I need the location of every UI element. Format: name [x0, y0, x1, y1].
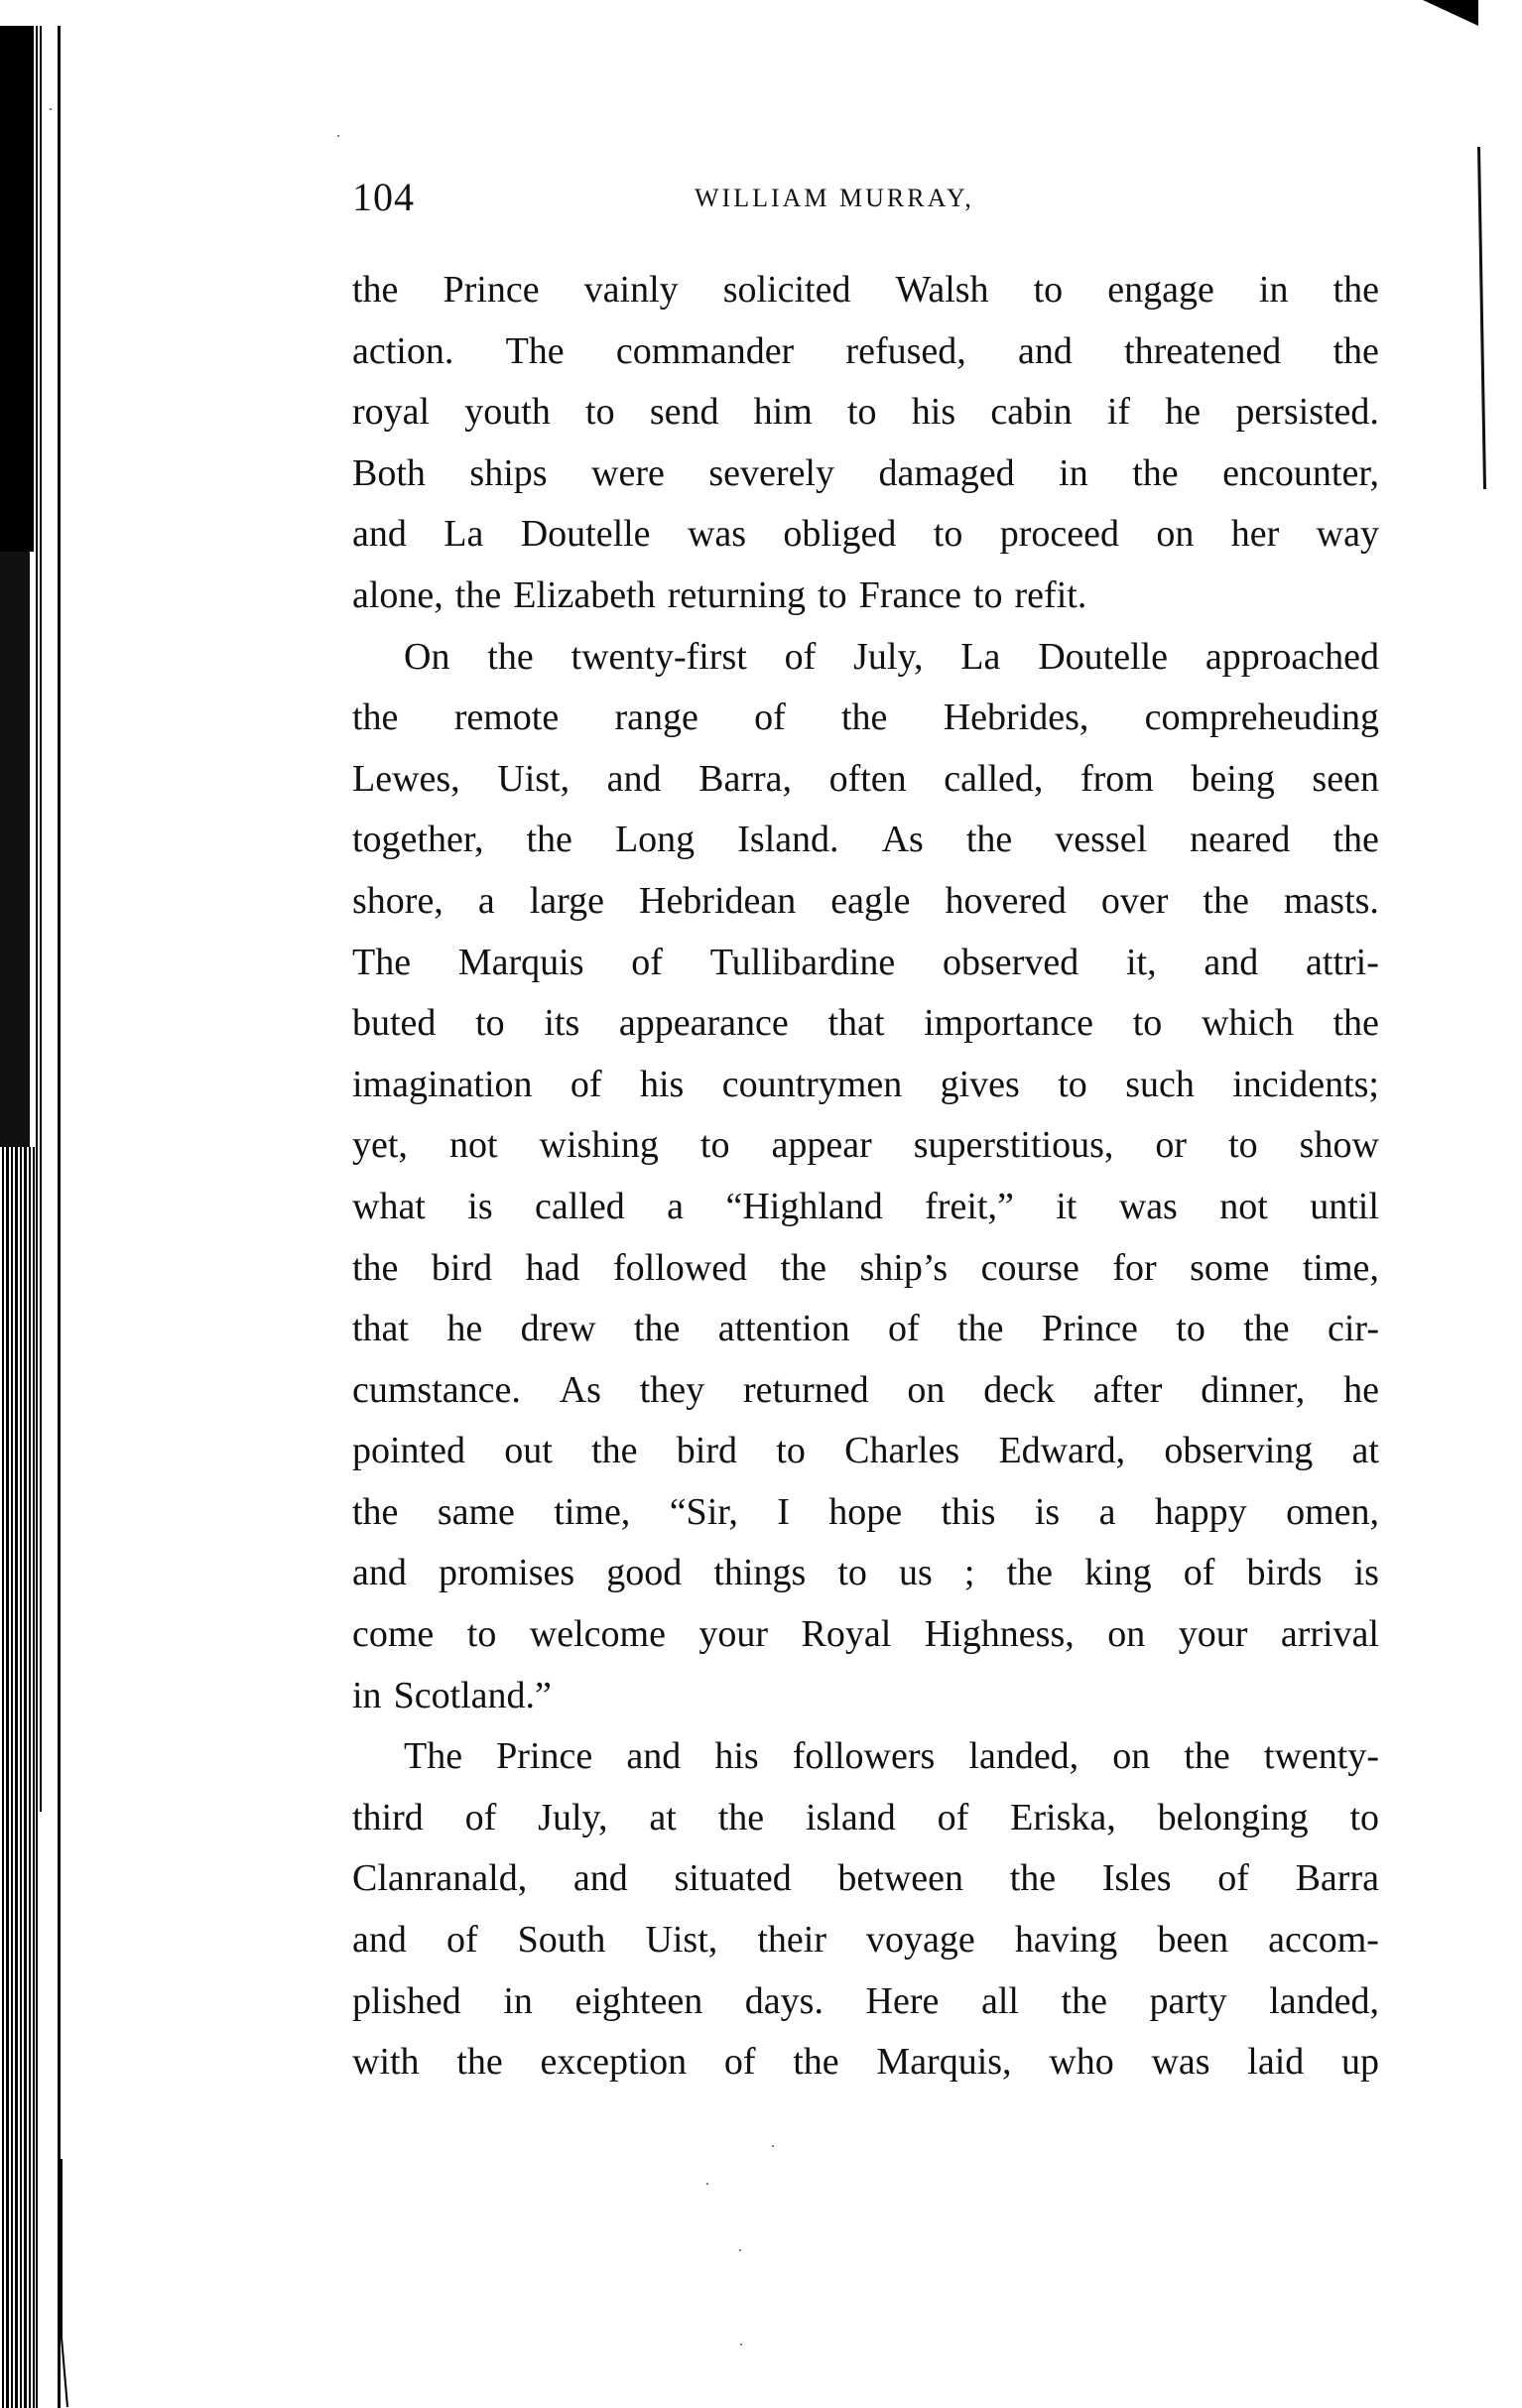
- word: eagle: [830, 871, 910, 933]
- word: to: [475, 993, 505, 1055]
- word: the: [1332, 321, 1378, 383]
- word: The: [506, 321, 565, 383]
- word: often: [829, 749, 907, 811]
- scan-speck: [772, 2145, 774, 2147]
- word: and: [352, 1543, 407, 1604]
- word: On: [404, 627, 449, 689]
- word: Elizabeth: [513, 566, 655, 627]
- word: commander: [616, 321, 794, 383]
- word: and: [607, 749, 662, 811]
- word: drew: [521, 1299, 596, 1360]
- word: accom-: [1268, 1910, 1379, 1971]
- scan-speck: [740, 2344, 742, 2345]
- word: proceed: [1000, 504, 1119, 566]
- word: is: [1035, 1482, 1060, 1544]
- word: a: [667, 1177, 684, 1238]
- word: Prince: [1042, 1299, 1138, 1360]
- word: in: [503, 1971, 533, 2033]
- text-line: andofSouthUist,theirvoyagehavingbeenacco…: [352, 1910, 1379, 1971]
- word: such: [1125, 1055, 1195, 1116]
- word: superstitious,: [914, 1115, 1114, 1177]
- word: As: [882, 810, 924, 871]
- word: in: [1259, 260, 1289, 321]
- word: bird: [432, 1238, 492, 1300]
- word: ;: [964, 1543, 975, 1604]
- word: arrival: [1281, 1604, 1379, 1666]
- word: vessel: [1055, 810, 1147, 871]
- word: is: [467, 1177, 492, 1238]
- word: and: [352, 1910, 407, 1971]
- scan-speck: [50, 108, 52, 110]
- word: to: [847, 382, 877, 444]
- word: to: [934, 504, 963, 566]
- word: cumstance.: [352, 1360, 521, 1422]
- word: having: [1015, 1910, 1117, 1971]
- word: the: [527, 810, 572, 871]
- word: South: [518, 1910, 606, 1971]
- word: twenty-first: [571, 627, 747, 689]
- word: action.: [352, 321, 453, 383]
- text-line: imaginationofhiscountrymengivestosuchinc…: [352, 1055, 1379, 1116]
- word: up: [1341, 2032, 1379, 2093]
- word: Lewes,: [352, 749, 460, 811]
- word: The: [352, 933, 411, 994]
- page-edge-line: [1477, 147, 1486, 489]
- word: refused,: [845, 321, 965, 383]
- word: was: [1119, 1177, 1178, 1238]
- word: all: [981, 1971, 1019, 2033]
- word: the: [1184, 1726, 1229, 1788]
- word: I: [777, 1482, 790, 1544]
- word: large: [530, 871, 604, 933]
- word: Both: [352, 444, 426, 505]
- word: to: [1034, 260, 1064, 321]
- word: Uist,: [645, 1910, 717, 1971]
- text-line: andpromisesgoodthingstous;thekingofbirds…: [352, 1543, 1379, 1604]
- word: Doutelle: [1038, 627, 1168, 689]
- word: Prince: [444, 260, 540, 321]
- word: ships: [469, 444, 547, 505]
- word: Island.: [737, 810, 838, 871]
- word: laid: [1247, 2032, 1304, 2093]
- word: it: [1056, 1177, 1077, 1238]
- text-line: inScotland.”: [352, 1666, 1379, 1727]
- word: course: [981, 1238, 1079, 1300]
- word: “Sir,: [670, 1482, 738, 1544]
- word: of: [888, 1299, 920, 1360]
- word: the: [352, 260, 398, 321]
- word: his: [640, 1055, 684, 1116]
- word: it,: [1126, 933, 1157, 994]
- text-line: plishedineighteendays.Hereallthepartylan…: [352, 1971, 1379, 2033]
- word: of: [631, 933, 663, 994]
- word: to: [467, 1604, 497, 1666]
- word: returned: [743, 1360, 869, 1422]
- word: of: [938, 1788, 969, 1849]
- word: the: [591, 1421, 637, 1482]
- word: the: [793, 2032, 838, 2093]
- word: and: [573, 1848, 628, 1910]
- word: that: [827, 993, 884, 1055]
- word: with: [352, 2032, 420, 2093]
- text-line: thebirdhadfollowedtheship’scourseforsome…: [352, 1238, 1379, 1300]
- word: to: [1058, 1055, 1087, 1116]
- word: he: [1343, 1360, 1379, 1422]
- word: and: [1018, 321, 1073, 383]
- word: appearance: [619, 993, 789, 1055]
- word: was: [688, 504, 746, 566]
- word: Isles: [1102, 1848, 1172, 1910]
- text-line: withtheexceptionoftheMarquis,whowaslaidu…: [352, 2032, 1379, 2093]
- word: good: [606, 1543, 682, 1604]
- word: hope: [828, 1482, 902, 1544]
- word: not: [449, 1115, 498, 1177]
- word: Royal: [802, 1604, 892, 1666]
- word: been: [1157, 1910, 1228, 1971]
- word: Marquis,: [876, 2032, 1011, 2093]
- word: freit,”: [925, 1177, 1014, 1238]
- text-line: theremoterangeoftheHebrides,compreheudin…: [352, 688, 1379, 749]
- word: the: [1007, 1543, 1053, 1604]
- text-line: pointedoutthebirdtoCharlesEdward,observi…: [352, 1421, 1379, 1482]
- word: in: [1059, 444, 1088, 505]
- word: they: [640, 1360, 704, 1422]
- word: attri-: [1306, 933, 1379, 994]
- word: and: [626, 1726, 681, 1788]
- word: severely: [708, 444, 834, 505]
- word: Marquis: [458, 933, 584, 994]
- word: compreheuding: [1145, 688, 1379, 749]
- word: As: [560, 1360, 601, 1422]
- word: Eriska,: [1010, 1788, 1116, 1849]
- running-header: 104 WILLIAM MURRAY,: [352, 174, 1394, 223]
- word: island: [806, 1788, 896, 1849]
- text-line: alone,theElizabethreturningtoFrancetoref…: [352, 566, 1379, 627]
- word: together,: [352, 810, 483, 871]
- word: Scotland.”: [394, 1666, 552, 1727]
- word: situated: [675, 1848, 792, 1910]
- word: the: [1203, 871, 1248, 933]
- word: he: [446, 1299, 482, 1360]
- text-line: action.Thecommanderrefused,andthreatened…: [352, 321, 1379, 383]
- text-line: thePrincevainlysolicitedWalshtoengageint…: [352, 260, 1379, 321]
- word: range: [614, 688, 698, 749]
- word: Barra: [1296, 1848, 1379, 1910]
- word: him: [754, 382, 813, 444]
- word: the: [1333, 260, 1379, 321]
- word: or: [1155, 1115, 1187, 1177]
- word: show: [1300, 1115, 1379, 1177]
- word: the: [352, 1238, 398, 1300]
- word: belonging: [1158, 1788, 1309, 1849]
- word: alone,: [352, 566, 444, 627]
- word: observed: [943, 933, 1078, 994]
- word: after: [1093, 1360, 1163, 1422]
- word: persisted.: [1235, 382, 1379, 444]
- word: youth: [464, 382, 551, 444]
- word: the: [455, 566, 501, 627]
- word: imagination: [352, 1055, 533, 1116]
- word: he: [1165, 382, 1201, 444]
- word: on: [907, 1360, 945, 1422]
- word: called,: [944, 749, 1043, 811]
- word: your: [1179, 1604, 1248, 1666]
- word: things: [713, 1543, 806, 1604]
- word: threatened: [1124, 321, 1281, 383]
- running-title: WILLIAM MURRAY,: [695, 184, 974, 213]
- word: his: [912, 382, 955, 444]
- word: to: [776, 1421, 806, 1482]
- word: way: [1317, 504, 1379, 566]
- word: of: [754, 688, 786, 749]
- word: engage: [1107, 260, 1214, 321]
- word: that: [352, 1299, 409, 1360]
- word: Here: [866, 1971, 940, 2033]
- word: of: [1184, 1543, 1215, 1604]
- word: importance: [924, 993, 1093, 1055]
- word: and: [1204, 933, 1258, 994]
- page-corner-tab: [1423, 0, 1478, 26]
- word: attention: [718, 1299, 850, 1360]
- word: on: [1156, 504, 1194, 566]
- word: were: [591, 444, 665, 505]
- word: ship’s: [859, 1238, 948, 1300]
- text-line: cumstance.Astheyreturnedondeckafterdinne…: [352, 1360, 1379, 1422]
- word: third: [352, 1788, 424, 1849]
- word: voyage: [866, 1910, 975, 1971]
- word: some: [1190, 1238, 1269, 1300]
- word: days.: [745, 1971, 824, 2033]
- text-line: Clanranald,andsituatedbetweentheIslesofB…: [352, 1848, 1379, 1910]
- word: a: [478, 871, 495, 933]
- word: gives: [941, 1055, 1020, 1116]
- word: to: [1349, 1788, 1379, 1849]
- word: bird: [677, 1421, 737, 1482]
- paragraph-first-line: ThePrinceandhisfollowerslanded,onthetwen…: [352, 1726, 1379, 1788]
- word: The: [404, 1726, 462, 1788]
- text-line: together,theLongIsland.Asthevesselneared…: [352, 810, 1379, 871]
- word: his: [714, 1726, 758, 1788]
- word: seen: [1312, 749, 1379, 811]
- word: Clanranald,: [352, 1848, 527, 1910]
- word: to: [1176, 1299, 1205, 1360]
- word: her: [1231, 504, 1280, 566]
- word: to: [837, 1543, 867, 1604]
- word: over: [1101, 871, 1169, 933]
- word: the: [352, 1482, 398, 1544]
- word: omen,: [1286, 1482, 1379, 1544]
- word: welcome: [530, 1604, 666, 1666]
- word: its: [544, 993, 579, 1055]
- word: returning: [668, 566, 806, 627]
- text-line: andLaDoutellewasobligedtoproceedonherway: [352, 504, 1379, 566]
- word: cabin: [990, 382, 1072, 444]
- text-line: royalyouthtosendhimtohiscabinifhepersist…: [352, 382, 1379, 444]
- word: vainly: [584, 260, 679, 321]
- word: same: [438, 1482, 515, 1544]
- word: damaged: [879, 444, 1015, 505]
- word: to: [585, 382, 615, 444]
- text-line: cometowelcomeyourRoyalHighness,onyourarr…: [352, 1604, 1379, 1666]
- word: in: [352, 1666, 382, 1727]
- word: to: [1133, 993, 1163, 1055]
- word: Barra,: [698, 749, 792, 811]
- word: Hebridean: [639, 871, 796, 933]
- word: obliged: [783, 504, 896, 566]
- word: Prince: [496, 1726, 592, 1788]
- word: July,: [853, 627, 923, 689]
- word: refit.: [1015, 566, 1087, 627]
- word: incidents;: [1232, 1055, 1379, 1116]
- word: of: [446, 1910, 478, 1971]
- word: which: [1202, 993, 1294, 1055]
- word: solicited: [723, 260, 851, 321]
- word: who: [1049, 2032, 1113, 2093]
- word: called: [535, 1177, 625, 1238]
- text-line: thesametime,“Sir,Ihopethisisahappyomen,: [352, 1482, 1379, 1544]
- scan-speck: [337, 135, 339, 137]
- word: send: [650, 382, 719, 444]
- text-line: thirdofJuly,attheislandofEriska,belongin…: [352, 1788, 1379, 1849]
- text-line: thathedrewtheattentionofthePrincetotheci…: [352, 1299, 1379, 1360]
- word: of: [785, 627, 817, 689]
- word: landed,: [968, 1726, 1078, 1788]
- word: dinner,: [1201, 1360, 1305, 1422]
- word: Hebrides,: [944, 688, 1089, 749]
- word: from: [1080, 749, 1154, 811]
- word: Highness,: [925, 1604, 1075, 1666]
- word: at: [1352, 1421, 1379, 1482]
- word: and: [352, 504, 407, 566]
- word: followed: [613, 1238, 747, 1300]
- word: followers: [793, 1726, 936, 1788]
- word: of: [465, 1788, 497, 1849]
- word: Edward,: [998, 1421, 1125, 1482]
- text-line: yet,notwishingtoappearsuperstitious,orto…: [352, 1115, 1379, 1177]
- paragraph-first-line: Onthetwenty-firstofJuly,LaDoutelleapproa…: [352, 627, 1379, 689]
- word: to: [700, 1115, 730, 1177]
- word: king: [1084, 1543, 1152, 1604]
- text-line: shore,alargeHebrideaneaglehoveredoverthe…: [352, 871, 1379, 933]
- binding-stripes-graphic: [0, 26, 69, 2408]
- word: Uist,: [497, 749, 570, 811]
- word: France: [859, 566, 961, 627]
- word: the: [781, 1238, 826, 1300]
- word: the: [634, 1299, 680, 1360]
- scan-speck: [739, 2249, 741, 2251]
- word: of: [724, 2032, 756, 2093]
- word: pointed: [352, 1421, 465, 1482]
- word: if: [1107, 382, 1130, 444]
- word: out: [504, 1421, 553, 1482]
- word: buted: [352, 993, 436, 1055]
- word: a: [1099, 1482, 1116, 1544]
- word: us: [899, 1543, 933, 1604]
- word: the: [957, 1299, 1003, 1360]
- word: their: [757, 1910, 826, 1971]
- word: to: [973, 566, 1003, 627]
- word: Tullibardine: [710, 933, 896, 994]
- word: wishing: [540, 1115, 659, 1177]
- word: exception: [540, 2032, 687, 2093]
- word: is: [1354, 1543, 1379, 1604]
- word: royal: [352, 382, 430, 444]
- word: eighteen: [575, 1971, 703, 2033]
- word: deck: [983, 1360, 1055, 1422]
- page-number: 104: [352, 174, 415, 220]
- word: La: [960, 627, 1000, 689]
- word: of: [571, 1055, 602, 1116]
- word: the: [487, 627, 533, 689]
- word: at: [649, 1788, 676, 1849]
- word: the: [1010, 1848, 1056, 1910]
- word: shore,: [352, 871, 444, 933]
- word: birds: [1247, 1543, 1323, 1604]
- word: approached: [1205, 627, 1379, 689]
- word: encounter,: [1222, 444, 1379, 505]
- word: on: [1112, 1726, 1150, 1788]
- word: the: [966, 810, 1012, 871]
- word: happy: [1155, 1482, 1247, 1544]
- word: the: [352, 688, 398, 749]
- text-line: butedtoitsappearancethatimportancetowhic…: [352, 993, 1379, 1055]
- word: what: [352, 1177, 426, 1238]
- word: cir-: [1328, 1299, 1379, 1360]
- book-binding-edge: [0, 26, 69, 2408]
- word: your: [698, 1604, 768, 1666]
- word: to: [1228, 1115, 1258, 1177]
- word: yet,: [352, 1115, 408, 1177]
- word: plished: [352, 1971, 461, 2033]
- word: the: [1243, 1299, 1289, 1360]
- word: had: [526, 1238, 580, 1300]
- word: “Highland: [725, 1177, 882, 1238]
- word: Doutelle: [521, 504, 651, 566]
- word: promises: [439, 1543, 574, 1604]
- word: party: [1150, 1971, 1227, 2033]
- word: neared: [1190, 810, 1290, 871]
- word: this: [942, 1482, 996, 1544]
- scan-speck: [706, 2183, 708, 2185]
- word: appear: [771, 1115, 871, 1177]
- word: the: [1333, 993, 1379, 1055]
- word: the: [1332, 810, 1378, 871]
- word: come: [352, 1604, 434, 1666]
- text-line: TheMarquisofTullibardineobservedit,andat…: [352, 933, 1379, 994]
- word: the: [718, 1788, 764, 1849]
- word: observing: [1164, 1421, 1313, 1482]
- word: between: [837, 1848, 963, 1910]
- word: the: [1132, 444, 1178, 505]
- text-line: Lewes,Uist,andBarra,oftencalled,frombein…: [352, 749, 1379, 811]
- word: La: [444, 504, 483, 566]
- word: the: [1062, 1971, 1107, 2033]
- word: until: [1310, 1177, 1379, 1238]
- word: Charles: [844, 1421, 959, 1482]
- body-text: thePrincevainlysolicitedWalshtoengageint…: [352, 260, 1379, 2093]
- word: to: [818, 566, 847, 627]
- word: remote: [454, 688, 560, 749]
- word: masts.: [1284, 871, 1379, 933]
- word: of: [1217, 1848, 1249, 1910]
- word: Walsh: [896, 260, 989, 321]
- word: hovered: [945, 871, 1066, 933]
- word: the: [456, 2032, 502, 2093]
- word: the: [841, 688, 887, 749]
- word: July,: [538, 1788, 607, 1849]
- word: for: [1112, 1238, 1156, 1300]
- word: was: [1151, 2032, 1209, 2093]
